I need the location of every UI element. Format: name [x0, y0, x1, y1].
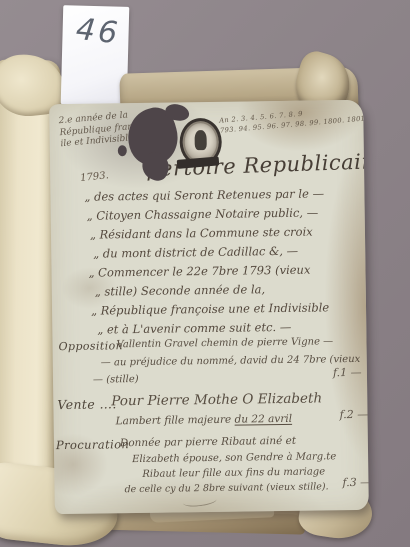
entry-opposition-label: Opposition — [58, 339, 123, 353]
entry-vente-line: Pour Pierre Mothe O Elizabeth — [111, 390, 322, 409]
body-line: „ des actes qui Seront Retenues par le — — [84, 184, 359, 207]
manuscript-page: 2.e année de la République fran ile et I… — [49, 100, 369, 514]
stamp-figure — [195, 130, 207, 150]
year-list: An 2. 3. 4. 5. 6. 7. 8. 9 793. 94. 95. 9… — [219, 105, 360, 136]
entry-procuration-folio: f.3 — — [342, 476, 368, 489]
entry-vente-folio: f.2 — — [339, 408, 368, 421]
ink-flourish — [182, 494, 217, 508]
entry-procuration-line: Donnée par pierre Ribaut ainé et — [120, 435, 296, 449]
entry-vente-line: Lambert fille majeure du 22 avril — [116, 413, 293, 427]
body-line: „ République françoise une et Indivisibl… — [91, 298, 361, 321]
entry-vente-date-underlined: du 22 avril — [234, 413, 292, 426]
entry-opposition-line: — au préjudice du nommé, david du 24 7br… — [101, 354, 361, 369]
ink-blot — [118, 145, 127, 156]
entry-vente-label: Vente …. — [57, 396, 117, 412]
body-text: „ des actes qui Seront Retenues par le —… — [84, 184, 361, 340]
entry-opposition-line: Vallentin Gravel chemin de pierre Vigne … — [116, 336, 333, 350]
lot-number: 46 — [68, 12, 122, 107]
entry-opposition-folio: f.1 — — [333, 366, 362, 379]
entry-procuration-label: Procuration — [56, 437, 130, 452]
entry-vente-line-part: Lambert fille majeure — [116, 414, 235, 428]
entry-procuration-line: Ribaut leur fille aux fins du mariage — [142, 466, 325, 480]
entry-opposition-line: — (stille) — [93, 374, 139, 386]
photo-of-manuscript: 46 2.e année de la République fran ile e… — [0, 0, 410, 547]
entry-procuration-line: de celle cy du 2 8bre suivant (vieux sti… — [124, 481, 328, 495]
entry-procuration-line: Elizabeth épouse, son Gendre à Marg.te — [132, 451, 336, 465]
margin-year: 1793. — [80, 170, 110, 184]
page-content: 2.e année de la République fran ile et I… — [49, 100, 369, 514]
